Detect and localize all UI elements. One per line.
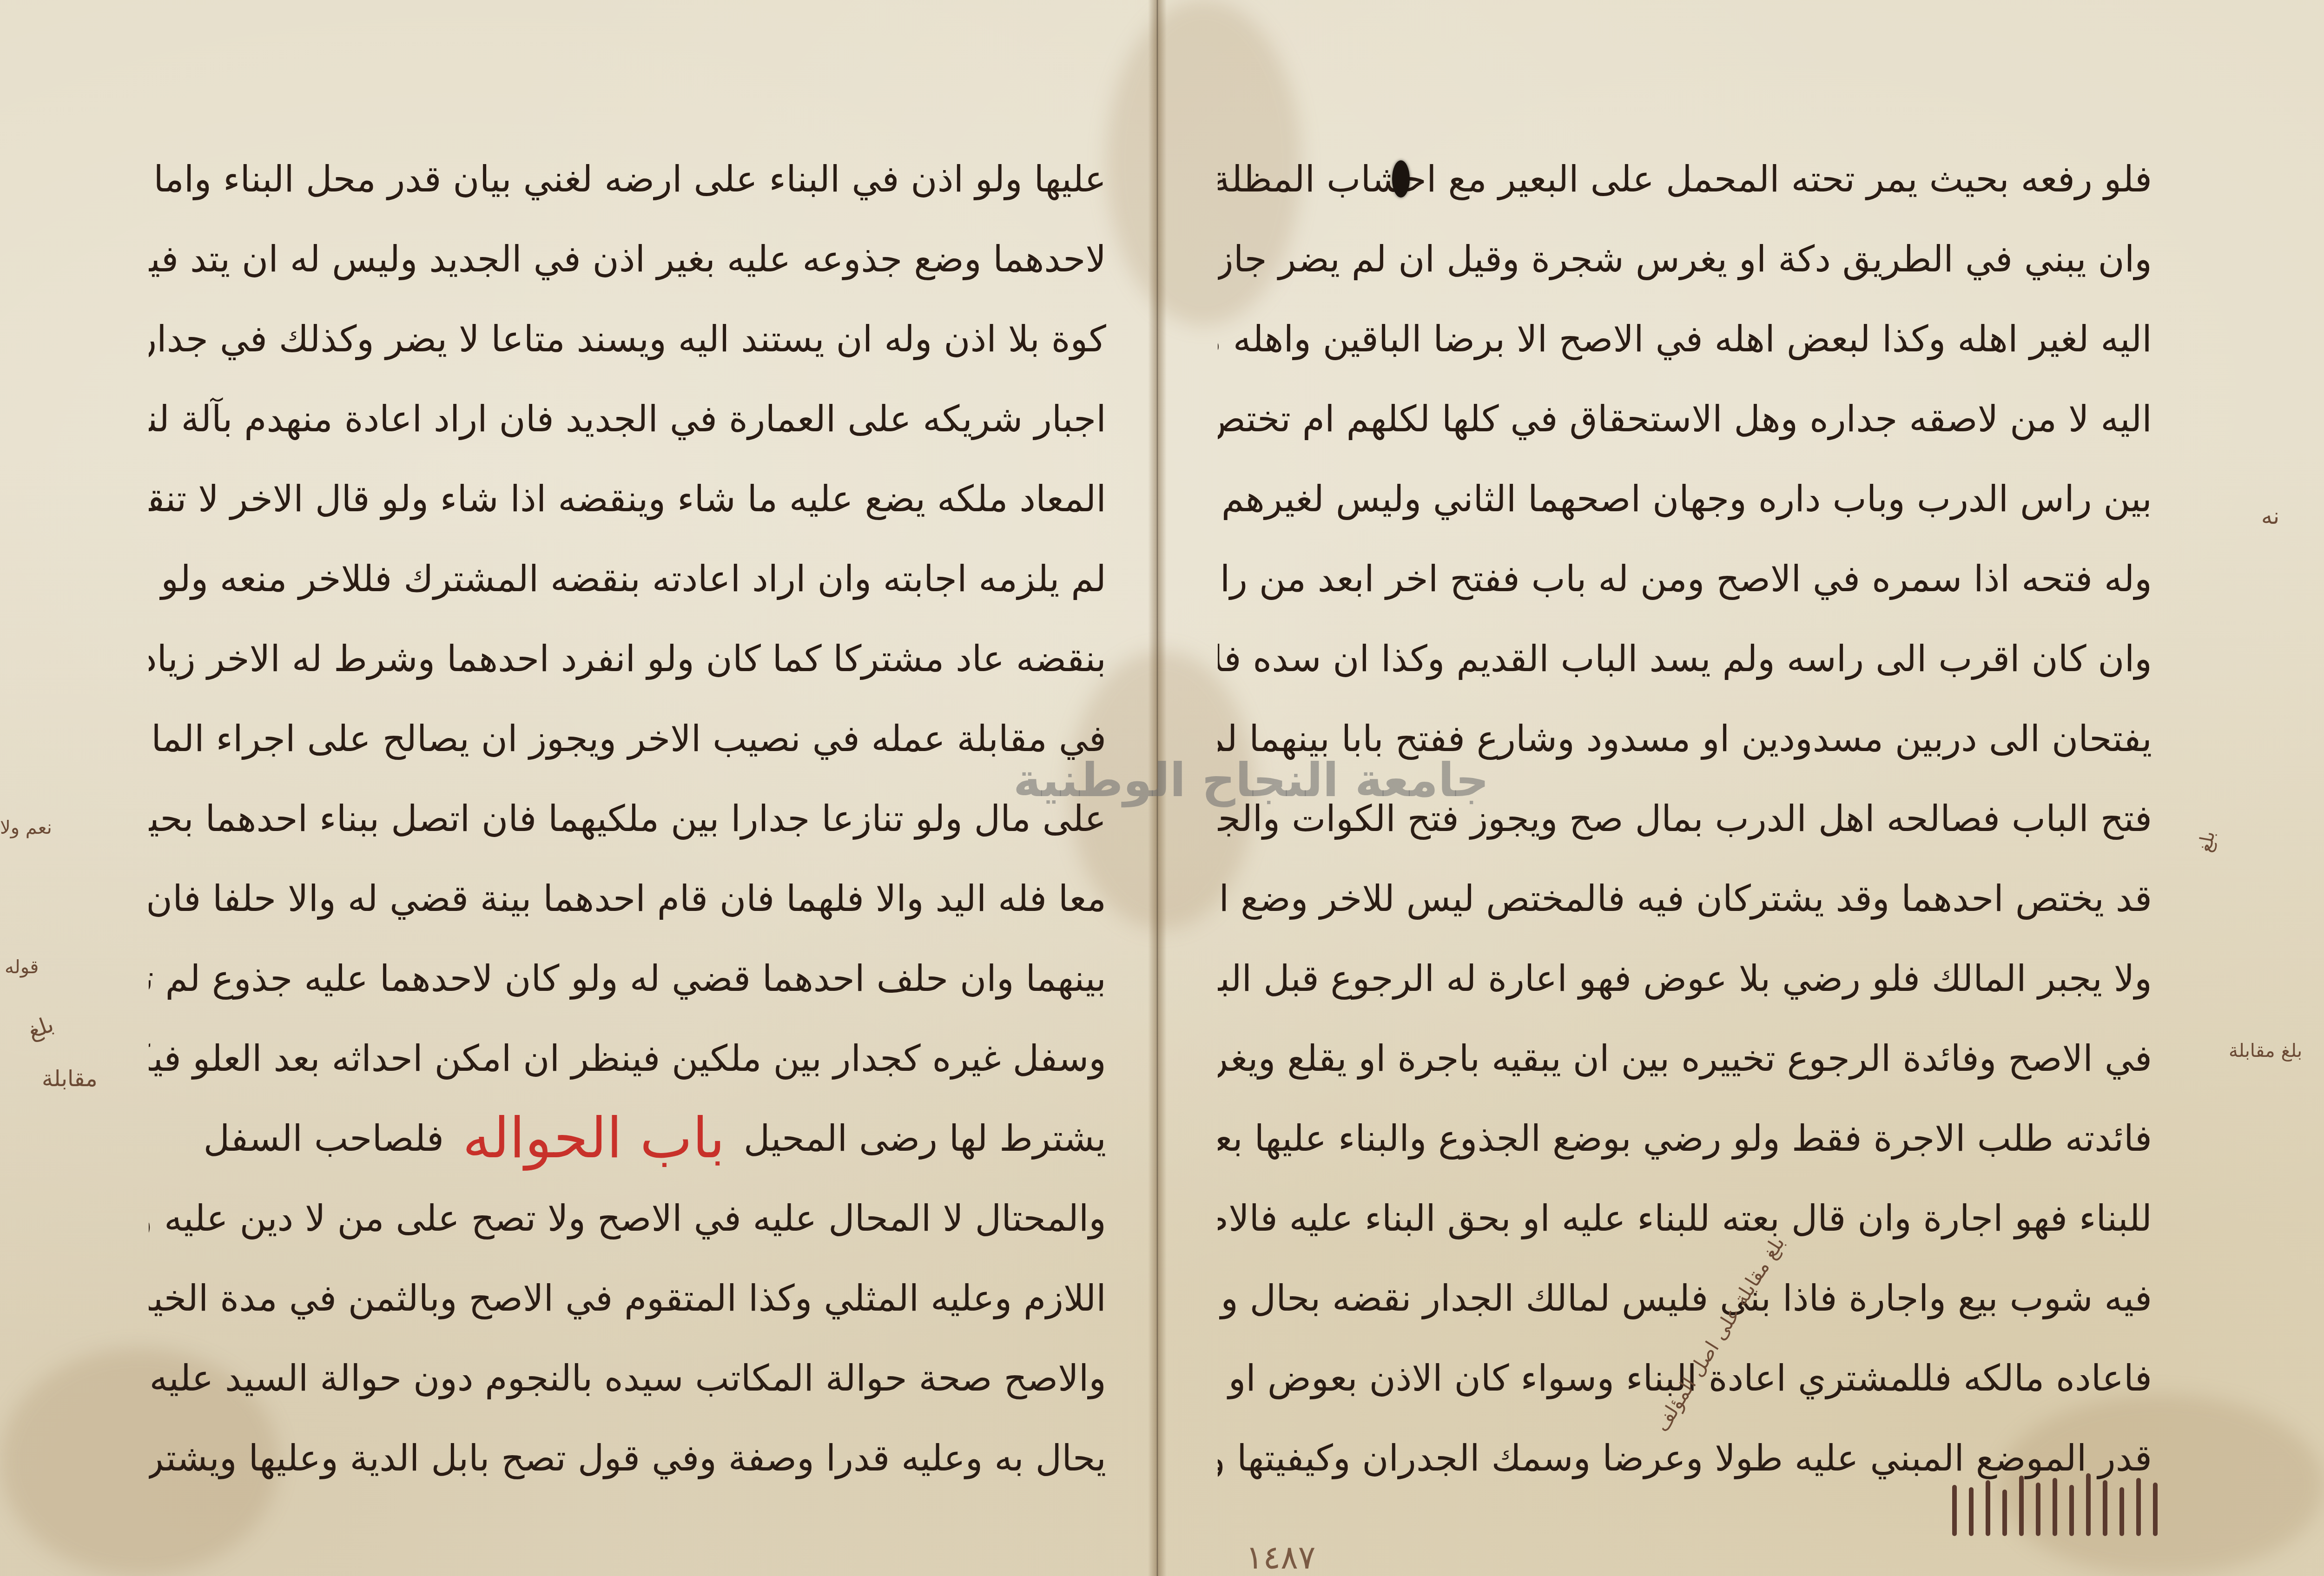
tally-mark bbox=[2019, 1476, 2024, 1536]
left-page: عليها ولو اذن في البناء على ارضه لغني بي… bbox=[0, 0, 1155, 1576]
worm-hole bbox=[1392, 160, 1410, 198]
margin-note: بلغ مقابلة bbox=[2229, 1036, 2302, 1065]
tally-mark bbox=[2002, 1490, 2007, 1536]
margin-note: بلغ bbox=[2191, 829, 2223, 855]
manuscript-spread: عليها ولو اذن في البناء على ارضه لغني بي… bbox=[0, 0, 2324, 1576]
text-line: بنقضه عاد مشتركا كما كان ولو انفرد احدهم… bbox=[149, 619, 1106, 699]
tally-mark bbox=[1986, 1480, 1990, 1536]
text-line: معا فله اليد والا فلهما فان قام احدهما ب… bbox=[149, 859, 1106, 939]
text-line: لاحدهما وضع جذوعه عليه بغير اذن في الجدي… bbox=[149, 219, 1106, 299]
text-line: المعاد ملكه يضع عليه ما شاء وينقضه اذا ش… bbox=[149, 459, 1106, 539]
text-line: اليه لا من لاصقه جداره وهل الاستحقاق في … bbox=[1218, 379, 2152, 459]
margin-note: نعم ولا bbox=[0, 813, 52, 842]
tally-mark bbox=[2053, 1478, 2057, 1536]
margin-note: مقابلة bbox=[42, 1064, 98, 1093]
heading-after: يشترط لها رضى المحيل bbox=[744, 1099, 1106, 1179]
text-line: اليه لغير اهله وكذا لبعض اهله في الاصح ا… bbox=[1218, 299, 2152, 379]
text-line: كوة بلا اذن وله ان يستند اليه ويسند متاع… bbox=[149, 299, 1106, 379]
text-line: فيه شوب بيع واجارة فاذا بنى فليس لمالك ا… bbox=[1218, 1259, 2152, 1339]
tally-marks bbox=[1952, 1473, 2158, 1536]
text-line: بين راس الدرب وباب داره وجهان اصحهما الث… bbox=[1218, 459, 2152, 539]
text-line: ولا يجبر المالك فلو رضي بلا عوض فهو اعار… bbox=[1218, 939, 2152, 1019]
text-line: فائدته طلب الاجرة فقط ولو رضي بوضع الجذو… bbox=[1218, 1099, 2152, 1179]
margin-note: نه bbox=[2261, 502, 2279, 531]
text-line: للبناء فهو اجارة وان قال بعته للبناء علي… bbox=[1218, 1179, 2152, 1259]
text-line: في مقابلة عمله في نصيب الاخر ويجوز ان يص… bbox=[149, 699, 1106, 779]
tally-mark bbox=[2153, 1483, 2158, 1536]
text-line: عليها ولو اذن في البناء على ارضه لغني بي… bbox=[149, 139, 1106, 219]
tally-mark bbox=[2136, 1478, 2141, 1536]
tally-mark bbox=[1952, 1485, 1957, 1536]
tally-mark bbox=[2103, 1480, 2107, 1536]
text-line: والاصح صحة حوالة المكاتب سيده بالنجوم دو… bbox=[149, 1339, 1106, 1418]
text-line: قد يختص احدهما وقد يشتركان فيه فالمختص ل… bbox=[1218, 859, 2152, 939]
text-line: وسفل غيره كجدار بين ملكين فينظر ان امكن … bbox=[149, 1019, 1106, 1099]
text-line: لم يلزمه اجابته وان اراد اعادته بنقضه ال… bbox=[149, 539, 1106, 619]
text-line: بينهما وان حلف احدهما قضي له ولو كان لاح… bbox=[149, 939, 1106, 1019]
tally-mark bbox=[2086, 1473, 2091, 1536]
tally-mark bbox=[1969, 1487, 1974, 1536]
library-watermark: جامعة النجاح الوطنية bbox=[1013, 753, 1489, 807]
text-line: والمحتال لا المحال عليه في الاصح ولا تصح… bbox=[149, 1179, 1106, 1259]
text-line: وان كان اقرب الى راسه ولم يسد الباب القد… bbox=[1218, 619, 2152, 699]
text-line: فلو رفعه بحيث يمر تحته المحمل على البعير… bbox=[1218, 139, 2152, 219]
folio-number: ١٤٨٧ bbox=[1246, 1538, 1315, 1576]
right-page-text: فلو رفعه بحيث يمر تحته المحمل على البعير… bbox=[1218, 139, 2152, 1498]
text-line: اللازم وعليه المثلي وكذا المتقوم في الاص… bbox=[149, 1259, 1106, 1339]
text-line: يحال به وعليه قدرا وصفة وفي قول تصح بابل… bbox=[149, 1418, 1106, 1498]
text-line: وله فتحه اذا سمره في الاصح ومن له باب فف… bbox=[1218, 539, 2152, 619]
left-page-text: عليها ولو اذن في البناء على ارضه لغني بي… bbox=[149, 139, 1106, 1498]
text-line: اجبار شريكه على العمارة في الجديد فان ار… bbox=[149, 379, 1106, 459]
tally-mark bbox=[2036, 1483, 2040, 1536]
chapter-heading-rubric: باب الحواله bbox=[462, 1099, 725, 1179]
text-line: وان يبني في الطريق دكة او يغرس شجرة وقيل… bbox=[1218, 219, 2152, 299]
text-line: على مال ولو تنازعا جدارا بين ملكيهما فان… bbox=[149, 779, 1106, 859]
tally-mark bbox=[2119, 1487, 2124, 1536]
heading-before: فلصاحب السفل bbox=[203, 1099, 444, 1179]
tally-mark bbox=[2069, 1485, 2074, 1536]
margin-note: قوله bbox=[5, 953, 39, 982]
margin-note: بلغ bbox=[24, 1009, 58, 1045]
chapter-heading-line: فلصاحب السفل باب الحواله يشترط لها رضى ا… bbox=[149, 1099, 1106, 1179]
text-line: في الاصح وفائدة الرجوع تخييره بين ان يبق… bbox=[1218, 1019, 2152, 1099]
